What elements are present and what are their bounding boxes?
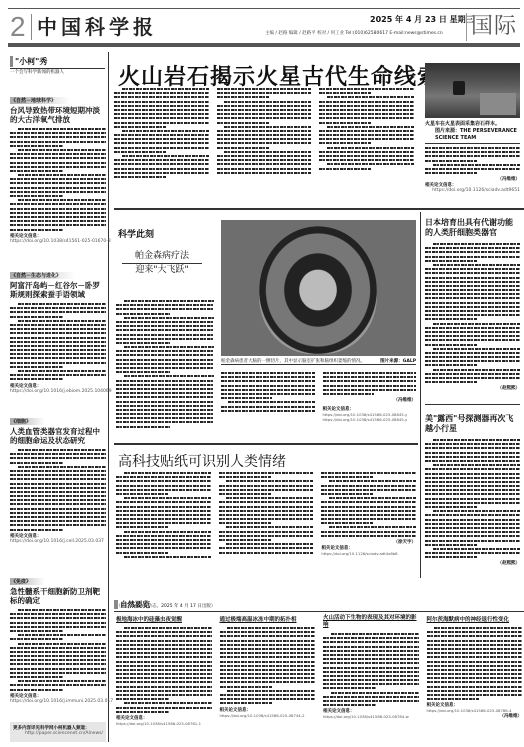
photo-caption: 火星车在火星表面采集岩石样本。 bbox=[425, 121, 520, 128]
article-body bbox=[10, 303, 106, 380]
rock-sample-inset bbox=[480, 93, 516, 115]
sidebar-article: 《自然－地球科学》 台风导致热带环境短期冲淡的大古洋氧气排放 相关论文信息： h… bbox=[10, 87, 106, 244]
science-moment-body bbox=[116, 300, 214, 430]
body-text bbox=[427, 627, 523, 700]
brain-scan-image bbox=[221, 220, 416, 356]
body-text bbox=[425, 243, 520, 383]
science-moment-title: 帕金森病疗法 迎来"大飞跃" bbox=[122, 250, 202, 277]
article-body bbox=[10, 449, 106, 531]
rover-shape bbox=[453, 81, 465, 95]
photo-credit: 图片来源：THE PERSEVERANCE SCIENCE TEAM bbox=[425, 128, 520, 142]
sidebar-header: "小柯"秀 一个会写科学新闻的机器人 bbox=[10, 56, 105, 75]
sidebar-article: 《免疫》 急性髓系干细胞新防卫剂靶标的确定 相关论文信息： https://do… bbox=[10, 568, 106, 704]
page-number: 2 bbox=[10, 12, 26, 42]
lead-body-column bbox=[217, 88, 312, 180]
title-line-2[interactable]: 迎来"大飞跃" bbox=[122, 264, 202, 277]
second-headline[interactable]: 高科技贴纸可识别人类情绪 bbox=[118, 451, 286, 471]
sidebar-footer-box: 更多内容详见科学网小柯机器人频道： http://paper.sciencene… bbox=[10, 722, 106, 742]
section-name: 国际 bbox=[471, 12, 517, 42]
lead-body-column bbox=[114, 88, 209, 180]
journal-tag: 《自然－地球科学》 bbox=[10, 97, 70, 104]
sidebar-article: 《细胞》 人类血管类器官发育过程中的细胞命运及状态研究 相关论文信息： http… bbox=[10, 408, 106, 544]
body-text bbox=[221, 372, 315, 422]
image-caption: 帕金森病患者大脑的一侧切片，其中显示脑室扩张和脑组织萎缩的情况。 bbox=[221, 358, 365, 364]
body-text bbox=[323, 372, 417, 395]
byline: （赵熙熙） bbox=[425, 560, 520, 566]
lead-body bbox=[114, 88, 414, 180]
sidebar-article: 《自然－生态与进化》 阿富汗岛屿－红谷尔－卧罗斯规则探索蚕手语领域 相关论文信息… bbox=[10, 262, 106, 394]
body-text bbox=[220, 627, 316, 704]
lead-bottom-rule bbox=[114, 208, 524, 210]
body-text bbox=[116, 627, 212, 713]
lead-url[interactable]: https://doi.org/10.1126/sciadv.adt9651 bbox=[425, 188, 520, 193]
brain-cross-section bbox=[259, 226, 377, 354]
digest-item: 通过极端高温冰冻中期的拓扑相 相关论文信息： https://doi.org/1… bbox=[220, 615, 316, 726]
body-text bbox=[219, 472, 314, 560]
body-text bbox=[116, 472, 211, 560]
article-url[interactable]: https://doi.org/10.1016/j.immuni.2025.03… bbox=[10, 699, 106, 704]
digest-title[interactable]: 火山活动下生物的表现及其对环境的影响 bbox=[323, 615, 419, 629]
lead-body-column bbox=[425, 147, 520, 174]
second-story-rule bbox=[114, 443, 418, 445]
journal-tag: 《自然－生态与进化》 bbox=[10, 272, 75, 279]
science-moment-column: 科学此刻 bbox=[118, 222, 154, 241]
byline: （冯维维） bbox=[427, 713, 523, 719]
body-text bbox=[321, 472, 416, 537]
mars-rover-photo bbox=[425, 63, 520, 118]
masthead-top-rule bbox=[8, 8, 520, 9]
paper-url[interactable]: https://doi.org/10.1038/s41586-025-08784… bbox=[323, 714, 419, 719]
paper-url[interactable]: https://doi.org/10.1038/s41586-025-08744… bbox=[220, 713, 316, 718]
article-url[interactable]: https://doi.org/10.1016/j.cell.2025.03.0… bbox=[10, 539, 106, 544]
second-story-body: （徐天宇） 相关论文信息： https://doi.org/10.1126/sc… bbox=[116, 472, 416, 560]
story-title[interactable]: 美"露西"号探测器再次飞越小行星 bbox=[425, 414, 520, 434]
lead-headline[interactable]: 火山岩石揭示火星古代生命线索 bbox=[118, 60, 440, 91]
right-story-1: 日本培育出具有代谢功能的人类肝细胞类器官 （赵熙熙） bbox=[425, 218, 520, 391]
lead-photo-caption: 火星车在火星表面采集岩石样本。 图片来源：THE PERSEVERANCE SC… bbox=[425, 121, 520, 142]
article-body bbox=[10, 128, 106, 231]
article-body bbox=[10, 609, 106, 691]
masthead-bottom-rule bbox=[8, 43, 520, 47]
sidebar-column-name: "小柯"秀 bbox=[10, 56, 105, 67]
science-moment-end: （冯维维） 相关论文信息： https://doi.org/10.1038/s4… bbox=[323, 372, 417, 422]
nature-digest-header: 自然要览 bbox=[114, 592, 524, 612]
second-story-end: （徐天宇） 相关论文信息： https://doi.org/10.1126/sc… bbox=[321, 472, 416, 560]
byline: （赵熙熙） bbox=[425, 385, 520, 391]
sidebar-divider bbox=[108, 52, 109, 742]
title-line-1[interactable]: 帕金森病疗法 bbox=[122, 250, 202, 264]
rule bbox=[425, 404, 520, 405]
page-number-divider bbox=[31, 14, 32, 40]
article-url[interactable]: https://doi.org/10.1016/j.ebiom.2025.104… bbox=[10, 389, 106, 394]
digest-title[interactable]: 阿尔茨海默病中的神经退行性变化 bbox=[427, 615, 523, 623]
lead-body-column bbox=[319, 88, 414, 180]
image-credit: 图片来源：GALP bbox=[380, 358, 416, 364]
digest-item: 极地海冰中的硅藻虫夜觉醒 相关论文信息： https://doi.org/10.… bbox=[116, 615, 212, 726]
science-moment-continuation: （冯维维） 相关论文信息： https://doi.org/10.1038/s4… bbox=[221, 372, 416, 422]
journal-tag: 《免疫》 bbox=[10, 578, 45, 585]
story-title[interactable]: 日本培育出具有代谢功能的人类肝细胞类器官 bbox=[425, 218, 520, 238]
paper-url[interactable]: https://doi.org/10.1126/sciadv.adt4x6b8 bbox=[321, 551, 416, 556]
editor-credits: 主编 / 赵路 编辑 / 赵路平 校对 / 何工业 Tel:(010)62580… bbox=[265, 30, 443, 36]
paper-url[interactable]: https://doi.org/10.1038/s41586-025-08761… bbox=[116, 721, 212, 726]
article-title[interactable]: 阿富汗岛屿－红谷尔－卧罗斯规则探索蚕手语领域 bbox=[10, 281, 106, 299]
body-text bbox=[116, 300, 214, 428]
lead-continuation: （冯维维） 相关论文信息： https://doi.org/10.1126/sc… bbox=[425, 147, 520, 193]
digest-item: 阿尔茨海默病中的神经退行性变化 相关论文信息： https://doi.org/… bbox=[427, 615, 523, 726]
article-title[interactable]: 急性髓系干细胞新防卫剂靶标的确定 bbox=[10, 587, 106, 605]
digest-title[interactable]: 极地海冰中的硅藻虫夜觉醒 bbox=[116, 615, 212, 623]
byline: （冯维维） bbox=[323, 397, 417, 403]
right-story-2: 美"露西"号探测器再次飞越小行星 （赵熙熙） bbox=[425, 414, 520, 566]
section-divider bbox=[466, 13, 467, 41]
article-title[interactable]: 人类血管类器官发育过程中的细胞命运及状态研究 bbox=[10, 427, 106, 445]
sidebar-column-subtitle: 一个会写科学新闻的机器人 bbox=[10, 68, 105, 75]
right-column-divider bbox=[420, 212, 421, 578]
nature-digest-issue: （选自 Nature 杂志，2025 年 4 月 17 日出版） bbox=[116, 603, 215, 609]
article-url[interactable]: https://doi.org/10.1038/s41561-025-01670… bbox=[10, 239, 106, 244]
article-title[interactable]: 台风导致热带环境短期冲淡的大古洋氧气排放 bbox=[10, 106, 106, 124]
rule bbox=[425, 143, 520, 144]
brain-image-caption: 帕金森病患者大脑的一侧切片，其中显示脑室扩张和脑组织萎缩的情况。 图片来源：GA… bbox=[221, 358, 416, 365]
issue-date: 2025 年 4 月 23 日 星期三 bbox=[370, 14, 474, 25]
body-text bbox=[323, 633, 419, 706]
journal-tag: 《细胞》 bbox=[10, 418, 45, 425]
digest-item: 火山活动下生物的表现及其对环境的影响 相关论文信息： https://doi.o… bbox=[323, 615, 419, 726]
footer-url[interactable]: http://paper.sciencenet.cn/AInews/ bbox=[13, 731, 103, 736]
science-moment-label: 科学此刻 bbox=[118, 230, 154, 240]
paper-name: 中国科学报 bbox=[37, 14, 157, 40]
nature-digest-items: 极地海冰中的硅藻虫夜觉醒 相关论文信息： https://doi.org/10.… bbox=[116, 615, 522, 726]
paper-url[interactable]: https://doi.org/10.1038/s41586-025-08845… bbox=[323, 417, 417, 422]
body-text bbox=[425, 439, 520, 558]
digest-title[interactable]: 通过极端高温冰冻中期的拓扑相 bbox=[220, 615, 316, 623]
